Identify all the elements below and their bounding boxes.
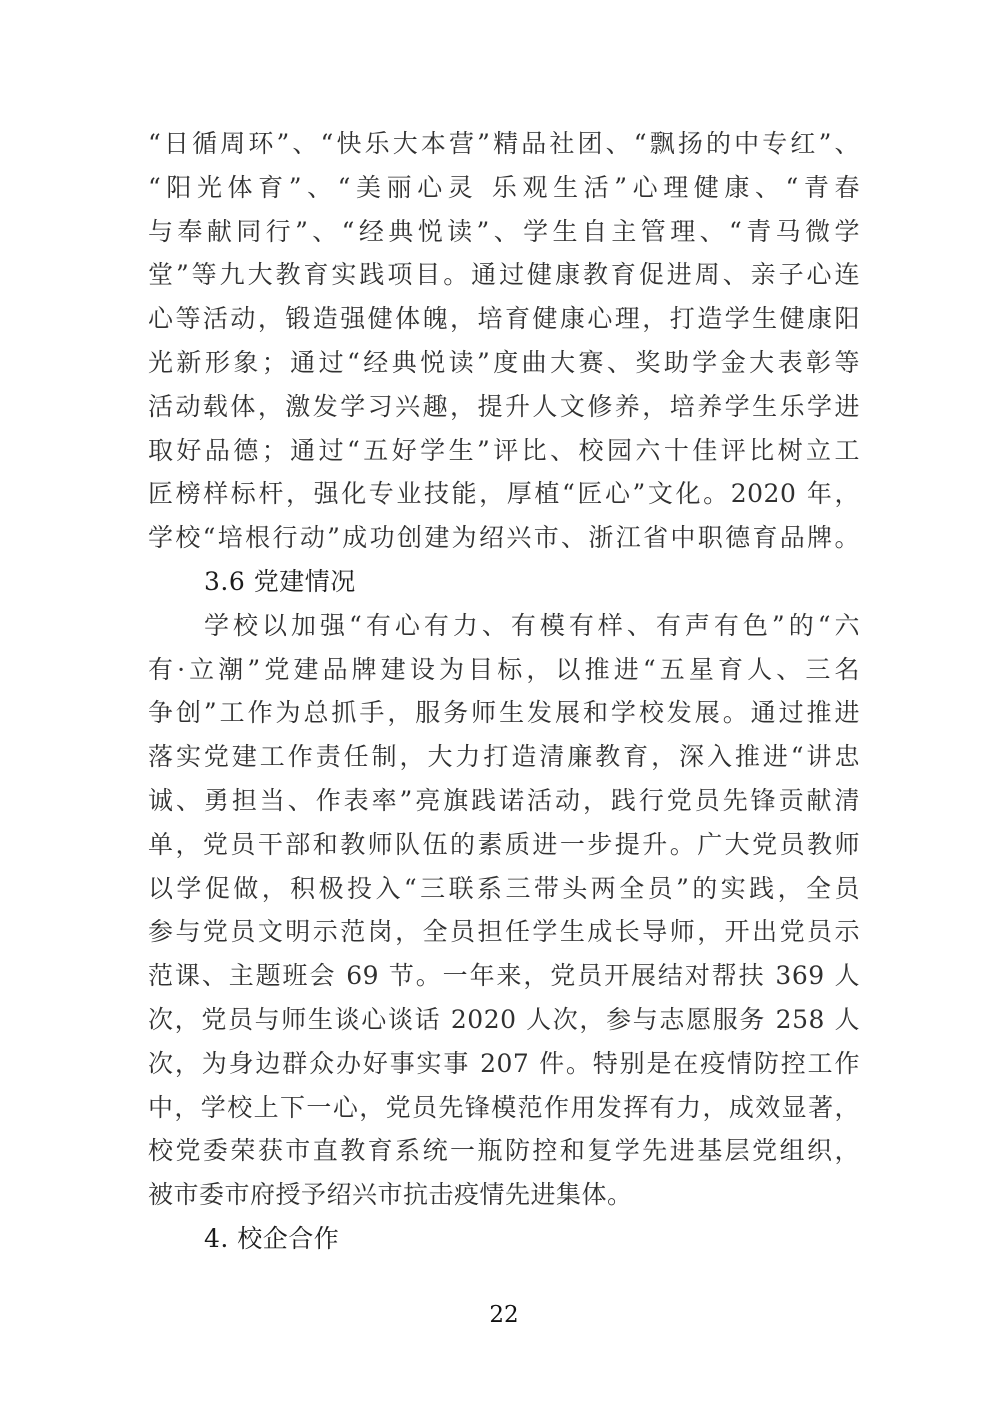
text-line: 与奉献同行”、“经典悦读”、学生自主管理、“青马微学 [148,210,860,254]
text-line: 中，学校上下一心，党员先锋模范作用发挥有力，成效显著， [148,1086,860,1130]
text-line: 以学促做，积极投入“三联系三带头两全员”的实践，全员 [148,867,860,911]
text-line: “阳光体育”、“美丽心灵 乐观生活”心理健康、“青春 [148,166,860,210]
text-line: 争创”工作为总抓手，服务师生发展和学校发展。通过推进 [148,691,860,735]
text-line: 有·立潮”党建品牌建设为目标，以推进“五星育人、三名 [148,648,860,692]
text-line: 堂”等九大教育实践项目。通过健康教育促进周、亲子心连 [148,253,860,297]
page-number: 22 [489,1302,518,1328]
text-line: 参与党员文明示范岗，全员担任学生成长导师，开出党员示 [148,910,860,954]
text-line: 学校“培根行动”成功创建为绍兴市、浙江省中职德育品牌。 [148,516,860,560]
text-line: 取好品德；通过“五好学生”评比、校园六十佳评比树立工 [148,429,860,473]
paragraph-student-education: “日循周环”、“快乐大本营”精品社团、“飘扬的中专红”、“阳光体育”、“美丽心灵… [148,122,860,560]
page-body: “日循周环”、“快乐大本营”精品社团、“飘扬的中专红”、“阳光体育”、“美丽心灵… [148,122,860,1261]
text-line: 心等活动，锻造强健体魄，培育健康心理，打造学生健康阳 [148,297,860,341]
section-heading-school-enterprise-cooperation: 4. 校企合作 [148,1217,860,1261]
text-line: 校党委荣获市直教育系统一瓶防控和复学先进基层党组织， [148,1129,860,1173]
text-line: 被市委市府授予绍兴市抗击疫情先进集体。 [148,1173,860,1217]
text-line: 诚、勇担当、作表率”亮旗践诺活动，践行党员先锋贡献清 [148,779,860,823]
text-line: 单，党员干部和教师队伍的素质进一步提升。广大党员教师 [148,823,860,867]
text-line: “日循周环”、“快乐大本营”精品社团、“飘扬的中专红”、 [148,122,860,166]
document-page: “日循周环”、“快乐大本营”精品社团、“飘扬的中专红”、“阳光体育”、“美丽心灵… [0,0,1000,1415]
text-line: 落实党建工作责任制，大力打造清廉教育，深入推进“讲忠 [148,735,860,779]
paragraph-party-building: 学校以加强“有心有力、有模有样、有声有色”的“六有·立潮”党建品牌建设为目标，以… [148,604,860,1217]
text-line: 匠榜样标杆，强化专业技能，厚植“匠心”文化。2020 年， [148,472,860,516]
section-heading-party-building: 3.6 党建情况 [148,560,860,604]
text-line: 活动载体，激发学习兴趣，提升人文修养，培养学生乐学进 [148,385,860,429]
page-footer: 22 [148,1300,860,1330]
text-line: 范课、主题班会 69 节。一年来，党员开展结对帮扶 369 人 [148,954,860,998]
text-line: 次，党员与师生谈心谈话 2020 人次，参与志愿服务 258 人 [148,998,860,1042]
text-line: 次，为身边群众办好事实事 207 件。特别是在疫情防控工作 [148,1042,860,1086]
text-line: 光新形象；通过“经典悦读”度曲大赛、奖助学金大表彰等 [148,341,860,385]
text-line: 学校以加强“有心有力、有模有样、有声有色”的“六 [148,604,860,648]
